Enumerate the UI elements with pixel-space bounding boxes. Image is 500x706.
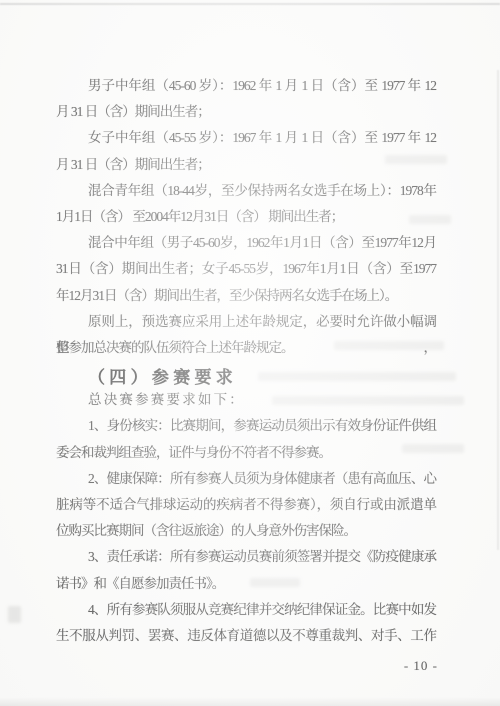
text-line: 31日（含）期间出生者；女子45-55岁，1967年1月1日（含）至1977 xyxy=(56,256,436,282)
text-line: 委会和裁判组查验，证件与身份不符者不得参赛。 xyxy=(56,440,436,466)
text-line: 脏病等不适合气排球运动的疾病者不得参赛），须自行或由派遣单 xyxy=(56,492,436,518)
text-line: 位购买比赛期间（含往返旅途）的人身意外伤害保险。 xyxy=(56,518,436,544)
text-line: 月 31 日（含）期间出生者； xyxy=(56,152,436,178)
scanned-document-page: 男子中年组（45-60 岁）：1962 年 1 月 1 日（含）至 1977 年… xyxy=(0,0,500,706)
text-line: 年12月31日（含）期间出生者，至少保持两名女选手在场上）。 xyxy=(56,283,436,309)
text-line: 女子中年组（45-55 岁）：1967 年 1 月 1 日（含）至 1977 年… xyxy=(56,125,436,151)
text-line: 1月1日（含） 至2004年12月31日（含） 期间出生者； xyxy=(56,204,436,230)
document-body: 男子中年组（45-60 岁）：1962 年 1 月 1 日（含）至 1977 年… xyxy=(56,73,436,649)
page-number: - 10 - xyxy=(404,659,438,673)
text-line: 男子中年组（45-60 岁）：1962 年 1 月 1 日（含）至 1977 年… xyxy=(56,73,436,99)
text-line: 1、身份核实：比赛期间，参赛运动员须出示有效身份证件供组 xyxy=(56,413,436,439)
text-line: 诺书》和《自愿参加责任书》。 xyxy=(56,571,436,597)
scan-right-edge-line xyxy=(497,70,499,550)
section-heading: （四）参赛要求 xyxy=(56,365,436,391)
text-line: 3、责任承诺：所有参赛运动员赛前须签署并提交《防疫健康承 xyxy=(56,544,436,570)
text-line: 2、健康保障：所有参赛人员须为身体健康者（患有高血压、心 xyxy=(56,466,436,492)
text-line: 混合青年组（18-44岁，至少保持两名女选手在场上）：1978年 xyxy=(56,178,436,204)
text-line: 月 31 日（含）期间出生者； xyxy=(56,99,436,125)
text-line: 生不服从判罚、罢赛、违反体育道德以及不尊重裁判、对手、工作 xyxy=(56,623,436,649)
scan-bottom-shadow xyxy=(0,697,500,706)
text-line: 原则上，预选赛应采用上述年龄规定，必要时允许做小幅调整， xyxy=(56,309,436,335)
text-line: 4、所有参赛队须服从竞赛纪律并交纳纪律保证金。比赛中如发 xyxy=(56,597,436,623)
text-line: 混合中年组（男子45-60岁，1962年1月1日（含）至1977年12月 xyxy=(56,230,436,256)
bleed-through-artifact xyxy=(8,606,21,623)
scan-top-edge-line xyxy=(0,3,500,5)
